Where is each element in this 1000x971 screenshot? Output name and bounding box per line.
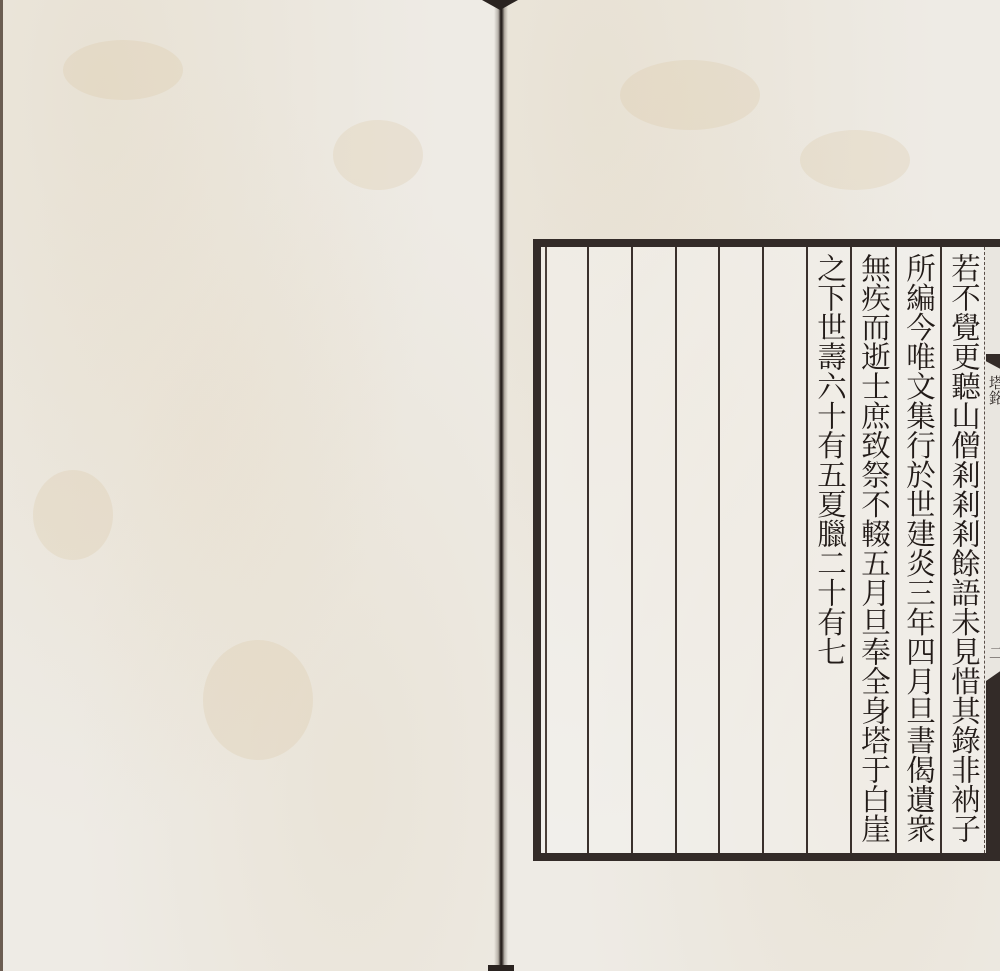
text-column-2: 所編今唯文集行於世建炎三年四月旦書偈遺衆: [897, 253, 941, 843]
center-strip-banxin: 塔銘 二: [984, 239, 1000, 861]
fishtail-mark-bottom: [986, 667, 1000, 861]
column-rule: [587, 247, 589, 853]
paper-stain: [620, 60, 760, 130]
paper-stain: [333, 120, 423, 190]
banxin-title-fragment: 塔銘: [987, 375, 1000, 405]
column-rule: [762, 247, 764, 853]
banxin-border-line: [984, 247, 986, 853]
paper-stain: [203, 640, 313, 760]
spine-bottom: [488, 965, 514, 971]
banxin-page-number: 二: [987, 645, 1000, 660]
text-column-1: 若不覺更聽山僧剎剎剎餘語未見惜其錄非衲子: [942, 253, 986, 843]
book-spread: 若不覺更聽山僧剎剎剎餘語未見惜其錄非衲子 所編今唯文集行於世建炎三年四月旦書偈遺…: [0, 0, 1000, 971]
text-column-4: 之下世壽六十有五夏臘二十有七: [808, 253, 852, 666]
left-page-blank: [0, 0, 500, 971]
frame-inner-border: [545, 247, 547, 853]
text-column-3: 無疾而逝士庶致祭不輟五月旦奉全身塔于白崖: [852, 253, 896, 843]
paper-stain: [800, 130, 910, 190]
fishtail-mark-top: [986, 354, 1000, 372]
column-rule: [675, 247, 677, 853]
paper-stain: [63, 40, 183, 100]
column-rule: [631, 247, 633, 853]
printed-text-frame: 若不覺更聽山僧剎剎剎餘語未見惜其錄非衲子 所編今唯文集行於世建炎三年四月旦書偈遺…: [533, 239, 1000, 861]
column-rule: [718, 247, 720, 853]
paper-stain: [33, 470, 113, 560]
book-spine-fold: [494, 0, 508, 971]
